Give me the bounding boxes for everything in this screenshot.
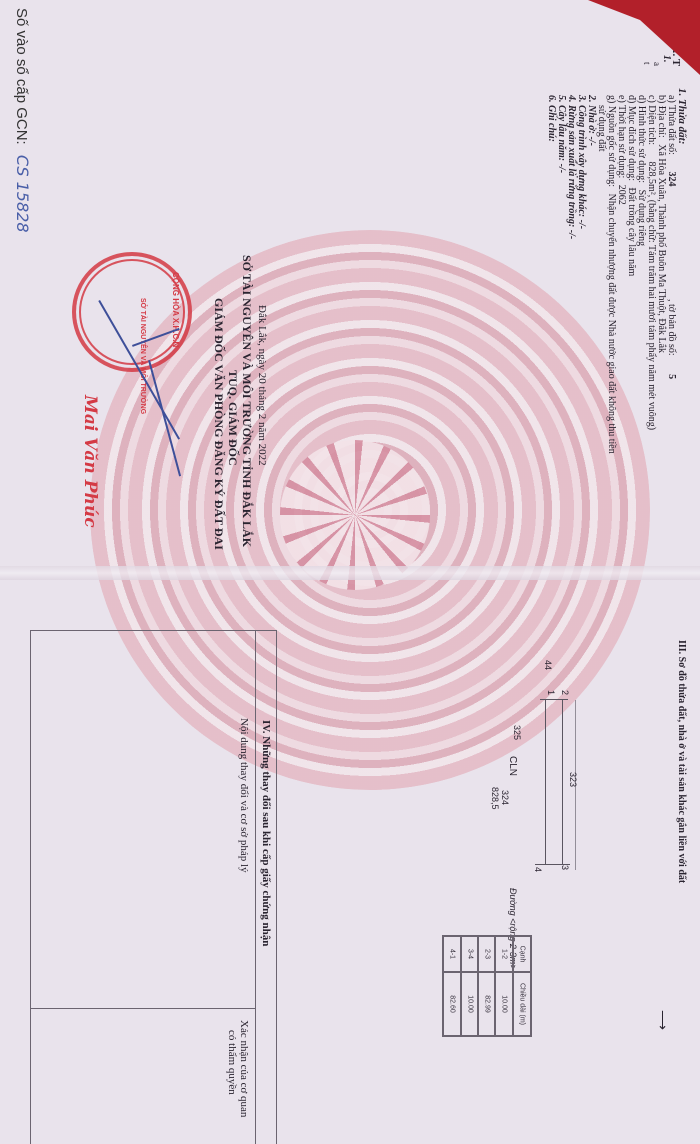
table-cell: 3-4 bbox=[461, 936, 478, 972]
section-II-line-2: a bbox=[652, 62, 662, 66]
issue-date-line: Đắk Lắk, ngày 20 tháng 2 năm 2022 bbox=[256, 305, 268, 466]
section-IV-column-divider bbox=[30, 1008, 255, 1009]
section-IV-title: IV. Những thay đổi sau khi cấp giấy chứn… bbox=[260, 720, 272, 946]
section-IV-confirm-header-2: có thẩm quyền bbox=[226, 1030, 238, 1095]
parcel-number-row: a) Thửa đất số: 324 , tờ bản đồ số: 5 bbox=[666, 95, 677, 379]
neighbor-left-label: 325 bbox=[512, 725, 522, 740]
signer-position: GIÁM ĐỐC VĂN PHÒNG ĐĂNG KÝ ĐẤT ĐAI bbox=[211, 298, 226, 550]
purpose-value: Đất trồng cây lâu năm bbox=[626, 187, 637, 276]
area-row: c) Diện tích: 828,5m², (bằng chữ: Tám tr… bbox=[646, 95, 657, 430]
section-II-line-3: t bbox=[642, 62, 652, 65]
vertex-label: 4 bbox=[533, 867, 543, 872]
tuq-director: TUQ. GIÁM ĐỐC bbox=[225, 370, 240, 466]
table-cell: 10.00 bbox=[461, 972, 478, 1036]
table-cell: 10.00 bbox=[495, 972, 513, 1036]
plot-number-label: 324 bbox=[500, 790, 510, 805]
house-row: 2. Nhà ở: -/- bbox=[586, 95, 597, 146]
origin-row: g) Nguồn gốc sử dụng: Nhận chuyển nhượng… bbox=[606, 95, 617, 454]
certificate-page: 1. Thửa đất: a) Thửa đất số: 324 , tờ bả… bbox=[0, 0, 700, 1144]
production-forest-row: 4. Rừng sản xuất là rừng trồng: -/- bbox=[566, 95, 577, 239]
table-header: Chiều dài (m) bbox=[513, 972, 531, 1036]
term-label: e) Thời hạn sử dụng: bbox=[616, 95, 627, 178]
plot-boundary-4-1 bbox=[545, 699, 546, 864]
section-II-line-1: 1. bbox=[661, 55, 672, 63]
address-value: Xã Hòa Xuân, Thành phố Buôn Ma Thuột, Đắ… bbox=[656, 144, 667, 353]
section-IV-content-header: Nội dung thay đổi và cơ sở pháp lý bbox=[238, 718, 250, 873]
vertex-label: 2 bbox=[560, 690, 570, 695]
usage-form-row: d) Hình thức sử dụng: Sử dụng riêng bbox=[636, 95, 647, 246]
parcel-number-label: a) Thửa đất số: bbox=[666, 95, 677, 155]
neighbor-top-label: 323 bbox=[568, 772, 578, 787]
term-value: 2062 bbox=[616, 185, 627, 205]
section-III-title: III. Sơ đồ thửa đất, nhà ở và tài sản kh… bbox=[676, 640, 687, 883]
registry-label: Số vào sổ cấp GCN: bbox=[13, 8, 30, 145]
vertex-label: 3 bbox=[560, 865, 570, 870]
usage-form-value: Sử dụng riêng bbox=[636, 190, 647, 247]
north-arrow-icon: ⟶ bbox=[653, 1010, 670, 1030]
stamp-inner-text: SỞ TÀI NGUYÊN VÀ MÔI TRƯỜNG bbox=[139, 298, 146, 414]
plot-area-label: 828,5 bbox=[490, 787, 500, 810]
stamp-outer-text: CỘNG HÒA X.H.C.N bbox=[171, 272, 180, 347]
section-I-title: 1. Thửa đất: bbox=[676, 88, 688, 144]
table-cell: 1-2 bbox=[495, 936, 513, 972]
registry-value: CS 15828 bbox=[13, 155, 32, 233]
table-cell: 4-1 bbox=[443, 936, 461, 972]
registry-number-row: Số vào sổ cấp GCN: CS 15828 bbox=[13, 8, 32, 233]
term-row: e) Thời hạn sử dụng: 2062 bbox=[616, 95, 627, 205]
table-header: Cạnh bbox=[513, 936, 531, 972]
section-IV-border bbox=[255, 630, 256, 1144]
origin-continued: sử dụng đất bbox=[596, 105, 607, 152]
table-cell: 82.60 bbox=[443, 972, 461, 1036]
origin-label: g) Nguồn gốc sử dụng: bbox=[606, 95, 617, 187]
other-construction-row: 3. Công trình xây dựng khác: -/- bbox=[576, 95, 587, 229]
purpose-row: đ) Mục đích sử dụng: Đất trồng cây lâu n… bbox=[626, 95, 637, 276]
map-sheet-number: 5 bbox=[666, 374, 677, 379]
area-label: c) Diện tích: bbox=[646, 95, 657, 145]
map-sheet-label: , tờ bản đồ số: bbox=[666, 299, 677, 356]
vertex-label: 1 bbox=[546, 690, 556, 695]
section-IV-border bbox=[30, 630, 31, 1144]
address-row: b) Địa chỉ: Xã Hòa Xuân, Thành phố Buôn … bbox=[656, 95, 667, 353]
edge-length-table: Cạnh Chiều dài (m) 1-2 10.00 2-3 82.99 3… bbox=[442, 935, 532, 1037]
signer-name: Mai Văn Phúc bbox=[80, 395, 100, 528]
area-value: 828,5m², (bằng chữ: Tám trăm hai mươi tá… bbox=[646, 161, 657, 430]
table-cell: 2-3 bbox=[478, 936, 495, 972]
section-IV-confirm-header-1: Xác nhận của cơ quan bbox=[238, 1020, 250, 1117]
perennial-trees-row: 5. Cây lâu năm: -/- bbox=[556, 95, 567, 173]
table-cell: 82.99 bbox=[478, 972, 495, 1036]
neighbor-corner-label: 44 bbox=[543, 660, 553, 670]
paper-fold bbox=[0, 566, 700, 580]
plot-boundary-1-2 bbox=[540, 699, 568, 700]
origin-value: Nhận chuyển nhượng đất được Nhà nước gia… bbox=[606, 194, 617, 454]
address-label: b) Địa chỉ: bbox=[656, 95, 667, 138]
notes-row: 6. Ghi chú: bbox=[546, 95, 557, 142]
usage-form-label: d) Hình thức sử dụng: bbox=[636, 95, 647, 183]
section-IV-border bbox=[30, 630, 276, 631]
issuing-authority: SỞ TÀI NGUYÊN VÀ MÔI TRƯỜNG TỈNH ĐẮK LẮK bbox=[239, 255, 254, 547]
section-IV-border bbox=[276, 630, 277, 1144]
land-type-label: CLN bbox=[507, 756, 518, 776]
parcel-number: 324 bbox=[666, 171, 677, 186]
purpose-label: đ) Mục đích sử dụng: bbox=[626, 95, 637, 181]
plot-boundary-2-3 bbox=[562, 699, 563, 864]
